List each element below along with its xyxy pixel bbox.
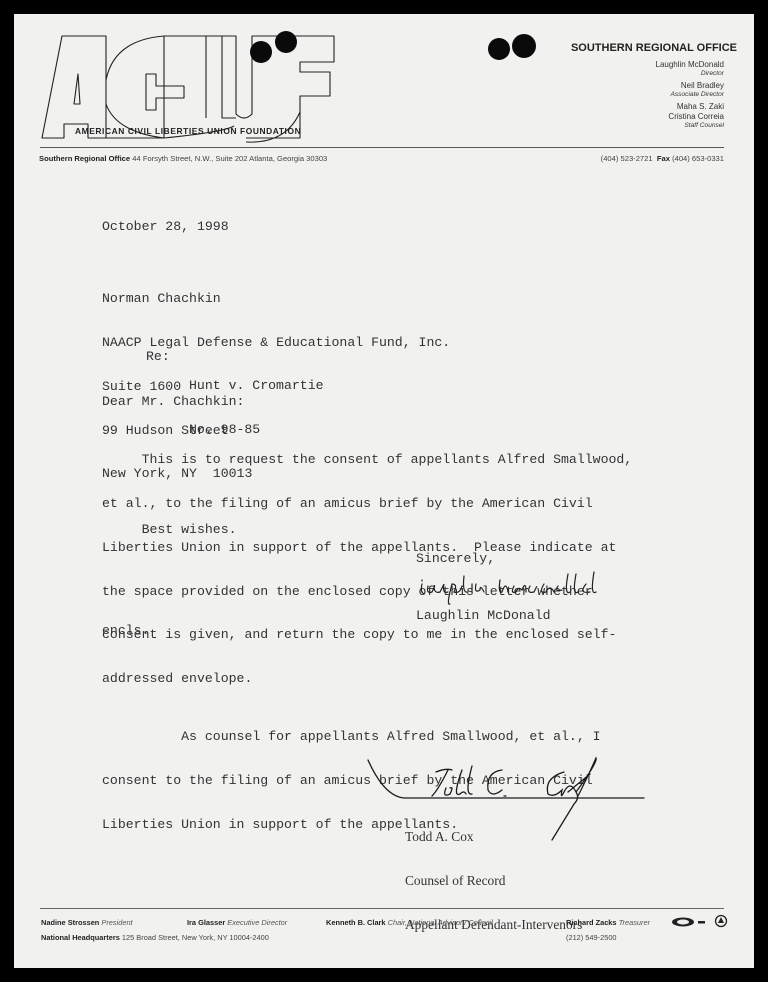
body-line: Liberties Union in support of the appell… — [102, 541, 632, 556]
best-wishes: Best wishes. — [102, 523, 237, 538]
signer-name: Laughlin McDonald — [416, 609, 551, 624]
re-line: Hunt v. Cromartie — [189, 379, 324, 394]
consent-signer: Todd A. Cox Counsel of Record Appellant … — [405, 801, 582, 962]
fax-label: Fax — [657, 154, 670, 163]
treasurer-name: Richard Zacks — [566, 918, 617, 927]
aclu-dots-icon — [486, 34, 538, 62]
body-line: et al., to the filing of an amicus brief… — [102, 497, 632, 512]
footer-president: Nadine Strossen President — [41, 918, 133, 927]
phone-number: (404) 523-2721 — [601, 154, 653, 163]
recycled-paper-icon — [714, 914, 728, 928]
salutation: Dear Mr. Chachkin: — [102, 395, 244, 410]
office-label: Southern Regional Office — [39, 154, 130, 163]
president-name: Nadine Strossen — [41, 918, 99, 927]
office-phone: (404) 523-2721 Fax (404) 653-0331 — [601, 154, 724, 163]
signer-title: Counsel of Record — [405, 874, 582, 889]
staff-list: Laughlin McDonald Director Neil Bradley … — [656, 60, 725, 133]
letter-date: October 28, 1998 — [102, 220, 229, 235]
consent-line: As counsel for appellants Alfred Smallwo… — [102, 730, 601, 745]
header-divider — [40, 147, 724, 148]
body-line: consent is given, and return the copy to… — [102, 628, 632, 643]
chair-name: Kenneth B. Clark — [326, 918, 386, 927]
union-bug-icon — [671, 915, 709, 929]
fax-number: (404) 653-0331 — [672, 154, 724, 163]
closing: Sincerely, — [416, 552, 495, 567]
hq-label: National Headquarters — [41, 933, 120, 942]
footer-treasurer: Richard Zacks Treasurer — [566, 918, 650, 927]
mcdonald-signature-icon — [418, 570, 608, 606]
office-street: 44 Forsyth Street, N.W., Suite 202 Atlan… — [132, 154, 327, 163]
treasurer-title: Treasurer — [619, 918, 651, 927]
body-line: This is to request the consent of appell… — [102, 453, 632, 468]
exec-name: Ira Glasser — [187, 918, 225, 927]
re-label: Re: — [146, 350, 170, 365]
office-address: Southern Regional Office 44 Forsyth Stre… — [39, 154, 327, 163]
organization-name: AMERICAN CIVIL LIBERTIES UNION FOUNDATIO… — [75, 126, 301, 136]
recipient-line: Norman Chachkin — [102, 292, 450, 307]
office-title: SOUTHERN REGIONAL OFFICE — [571, 42, 737, 54]
staff-role: Associate Director — [656, 91, 725, 99]
body-line: addressed envelope. — [102, 672, 632, 687]
staff-name: Neil Bradley — [656, 81, 725, 91]
staff-role: Staff Counsel — [656, 122, 725, 130]
letter-page: AMERICAN CIVIL LIBERTIES UNION FOUNDATIO… — [14, 14, 754, 968]
exec-title: Executive Director — [227, 918, 287, 927]
chair-title: Chair, National Advisory Council — [388, 918, 493, 927]
hq-phone: (212) 549-2500 — [566, 933, 617, 942]
staff-name: Laughlin McDonald — [656, 60, 725, 70]
staff-role: Director — [656, 70, 725, 78]
signer-name: Todd A. Cox — [405, 830, 582, 845]
hq-address: 125 Broad Street, New York, NY 10004-240… — [122, 933, 269, 942]
staff-name: Cristina Correia — [656, 112, 725, 122]
footer-executive-director: Ira Glasser Executive Director — [187, 918, 287, 927]
footer-chair: Kenneth B. Clark Chair, National Advisor… — [326, 918, 493, 927]
footer-headquarters: National Headquarters 125 Broad Street, … — [41, 933, 269, 942]
staff-name: Maha S. Zaki — [656, 102, 725, 112]
enclosure-note: encls. — [102, 624, 149, 639]
footer-divider — [40, 908, 724, 909]
president-title: President — [101, 918, 132, 927]
